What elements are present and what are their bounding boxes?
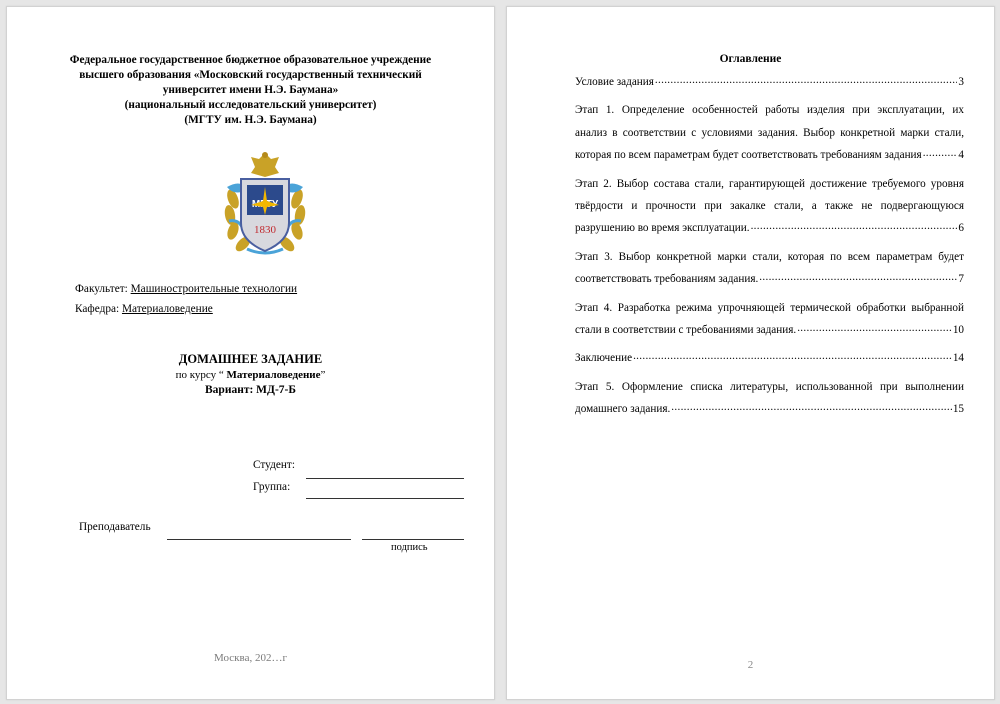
toc-entry-last-line: Заключение14 (575, 347, 964, 369)
toc-page-number: 6 (958, 217, 964, 239)
toc-leader-dots (633, 349, 952, 363)
toc-entry[interactable]: Этап 2. Выбор состава стали, гарантирующ… (575, 173, 964, 240)
toc-entry-last-line: соответствовать требованиям задания. 7 (575, 268, 964, 290)
toc-page: Оглавление Условие задания3Этап 1. Опред… (506, 6, 995, 700)
toc-entry[interactable]: Этап 1. Определение особенностей работы … (575, 99, 964, 166)
toc-entry-text: анализ в соответствии с условиями задани… (575, 122, 964, 144)
toc-entry[interactable]: Этап 4. Разработка режима упрочняющей те… (575, 297, 964, 342)
title-page: Федеральное государственное бюджетное об… (6, 6, 495, 700)
group-label: Группа: (253, 481, 290, 493)
toc-entry-last-line: домашнего задания.15 (575, 398, 964, 420)
header-line: университет имени Н.Э. Баумана» (47, 83, 454, 98)
logo-year: 1830 (254, 224, 277, 236)
signature-label: подпись (391, 542, 428, 553)
bmstu-logo-icon: МГТУ 1830 (221, 149, 309, 259)
header-line: (МГТУ им. Н.Э. Баумана) (47, 113, 454, 128)
toc-entry-text: Этап 2. Выбор состава стали, гарантирующ… (575, 173, 964, 195)
toc-entry[interactable]: Этап 5. Оформление списка литературы, ис… (575, 376, 964, 421)
toc-page-number: 15 (953, 398, 964, 420)
toc-entry-last-line: Условие задания3 (575, 71, 964, 93)
department-value: Материаловедение (122, 303, 213, 315)
toc-entry[interactable]: Условие задания3 (575, 71, 964, 93)
toc-leader-dots (751, 219, 958, 233)
toc-entry[interactable]: Этап 3. Выбор конкретной марки стали, ко… (575, 246, 964, 291)
course-name: Материаловедение (227, 369, 321, 381)
toc-entry-text: твёрдости и прочности при закалке стали,… (575, 195, 964, 217)
toc-entry-text: которая по всем параметрам будет соответ… (575, 144, 922, 166)
department-field: Кафедра: Материаловедение (75, 303, 213, 315)
toc-title: Оглавление (507, 53, 994, 65)
toc-page-number: 3 (958, 71, 964, 93)
toc-entry-last-line: которая по всем параметрам будет соответ… (575, 144, 964, 166)
header-line: Федеральное государственное бюджетное об… (47, 53, 454, 68)
teacher-label: Преподаватель (79, 521, 151, 533)
toc-entry-text: Этап 4. Разработка режима упрочняющей те… (575, 297, 964, 319)
toc-entry-text: Заключение (575, 347, 632, 369)
toc-entry-text: стали в соответствии с требованиями зада… (575, 319, 796, 341)
assignment-title: ДОМАШНЕЕ ЗАДАНИЕ (47, 350, 454, 368)
faculty-field: Факультет: Машиностроительные технологии (75, 283, 297, 295)
group-field-line (306, 498, 464, 499)
toc-leader-dots (797, 321, 952, 335)
university-header: Федеральное государственное бюджетное об… (47, 53, 454, 128)
table-of-contents: Условие задания3Этап 1. Определение особ… (575, 71, 964, 427)
toc-entry-text: Условие задания (575, 71, 654, 93)
toc-leader-dots (759, 270, 957, 284)
toc-leader-dots (923, 146, 958, 160)
assignment-title-block: ДОМАШНЕЕ ЗАДАНИЕ по курсу “ Материаловед… (47, 350, 454, 398)
header-line: (национальный исследовательский универси… (47, 98, 454, 113)
toc-leader-dots (671, 400, 952, 414)
toc-entry-last-line: разрушению во время эксплуатации. 6 (575, 217, 964, 239)
toc-entry-text: Этап 5. Оформление списка литературы, ис… (575, 376, 964, 398)
teacher-name-line (167, 539, 351, 540)
city-year-footer: Москва, 202…г (7, 652, 494, 664)
department-label: Кафедра: (75, 303, 122, 315)
header-line: высшего образования «Московский государс… (47, 68, 454, 83)
student-label: Студент: (253, 459, 295, 471)
toc-entry-text: Этап 1. Определение особенностей работы … (575, 99, 964, 121)
toc-entry[interactable]: Заключение14 (575, 347, 964, 369)
toc-entry-text: домашнего задания. (575, 398, 670, 420)
toc-page-number: 7 (958, 268, 964, 290)
toc-entry-text: Этап 3. Выбор конкретной марки стали, ко… (575, 246, 964, 268)
faculty-label: Факультет: (75, 283, 131, 295)
toc-entry-text: соответствовать требованиям задания. (575, 268, 758, 290)
toc-entry-last-line: стали в соответствии с требованиями зада… (575, 319, 964, 341)
student-field-line (306, 478, 464, 479)
toc-entry-text: разрушению во время эксплуатации. (575, 217, 750, 239)
toc-leader-dots (655, 73, 957, 87)
page-number: 2 (507, 659, 994, 671)
toc-page-number: 14 (953, 347, 964, 369)
signature-line (362, 539, 464, 540)
variant-label: Вариант: МД-7-Б (47, 382, 454, 398)
course-line: по курсу “ Материаловедение” (47, 368, 454, 382)
toc-page-number: 10 (953, 319, 964, 341)
faculty-value: Машиностроительные технологии (131, 283, 297, 295)
toc-page-number: 4 (958, 144, 964, 166)
